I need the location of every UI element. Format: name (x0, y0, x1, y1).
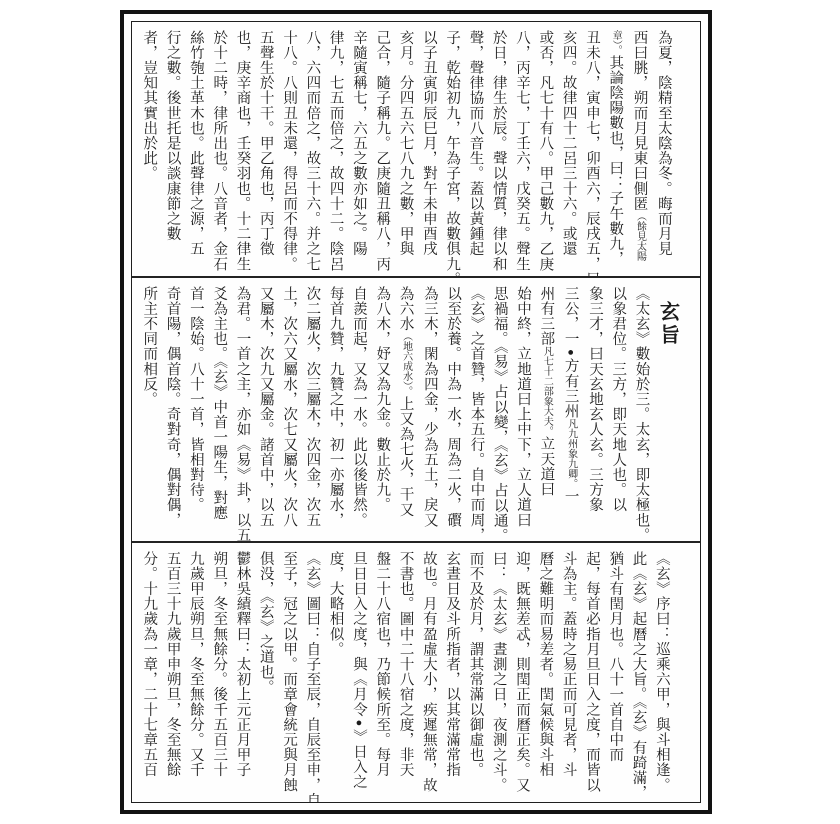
text-run: 土，次六又屬水，次七又屬火，次八 (281, 286, 297, 528)
text-column: 盤二十八宿也，乃節候所至。每月 (370, 551, 393, 797)
text-run: 五聲生於十干。甲乙角也，丙丁徵 (258, 30, 274, 257)
section-top: 為夏，陰精至太陰為冬。晦而月見西曰朓，朔而月見東曰側匿（餘見太陽章）。其論陰陽數… (132, 22, 700, 276)
text-column: 度，大略相似。 (323, 551, 346, 797)
text-column: 絲竹匏土革木也。此聲律之源，五 (184, 30, 207, 271)
text-run: 《玄》之首贊，皆本五行。自中而周， (468, 286, 484, 541)
text-column: 以象君位。三方，即天地人也。以 (606, 286, 629, 536)
text-run: 或否，凡七十有八。甲己數九，乙庚 (537, 30, 553, 272)
page-border-inner: 為夏，陰精至太陰為冬。晦而月見西曰朓，朔而月見東曰側匿（餘見太陽章）。其論陰陽數… (131, 21, 701, 803)
text-run: 於十二時，律所出也。八音者，金石 (211, 30, 227, 272)
text-run: 不書也。圖中二十八宿之度，非天 (398, 551, 414, 778)
text-run: 猶斗有閏月也。八十一首自中而 (607, 551, 623, 762)
middle-section-heading: 玄旨 (653, 286, 683, 536)
text-column: 亥月。分四五六七八九之數，甲與 (393, 30, 416, 271)
text-run: 三公，一 (563, 286, 579, 346)
text-run: 八，六四而倍之，故三十六。并之七 (304, 30, 320, 272)
text-run: 一 (563, 489, 579, 504)
text-run: 丑未八，寅申七，卯酉六，辰戌五，巳 (584, 30, 600, 276)
text-column: 至子，冠之以甲。而章會統元與月蝕 (277, 551, 300, 797)
text-column: 行之數。後世托是以談康節之數 (160, 30, 183, 271)
text-column: 奇首陽，偶首陰。奇對奇，偶對偶， (160, 286, 183, 536)
text-run: 斗為主。蓋時之易正而可見者，斗 (561, 551, 577, 778)
text-run: 自羨而起，又為一水。此以後皆然。 (351, 286, 367, 528)
text-run: 律九，七五而倍之，故四十二。陰呂 (328, 30, 344, 272)
text-run: 也，庚辛商也，壬癸羽也。十二律生 (234, 30, 250, 272)
text-column: 始中終，立地道曰上中下，立人道曰 (511, 286, 534, 536)
text-run: 》日入之 (351, 729, 367, 789)
text-column: 亥四。故律四十二呂三十六。或還 (556, 30, 579, 271)
text-run: 爻為主也。《玄》中首一陽生，對應 (211, 286, 227, 520)
text-column: 己合，隨子稱九。乙庚隨丑稱八，丙 (370, 30, 393, 271)
text-column: 次二屬火，次三屬木，次四金，次五 (300, 286, 323, 536)
text-column: 八，六四而倍之，故三十六。并之七 (300, 30, 323, 271)
text-run: 五百三十九歲甲申朔旦，冬至無餘 (165, 551, 181, 778)
text-run: 迎，既無差忒，則閏正而曆正矣。又 (514, 551, 530, 793)
text-run: 為夏，陰精至太陰為冬。晦而月見 (656, 30, 672, 257)
text-run: 曆之難明而易差者。閏氣候與斗相 (537, 551, 553, 778)
top-section-text: 為夏，陰精至太陰為冬。晦而月見西曰朓，朔而月見東曰側匿（餘見太陽章）。其論陰陽數… (132, 22, 695, 276)
text-column: 每首九贊，九贊之中，初一亦屬水， (323, 286, 346, 536)
text-column: 三公，一●方有三州凡九州象九卿。一 (558, 286, 582, 536)
text-column: 玄晝日及斗所指者，以其常滿常指 (440, 551, 463, 797)
text-column: 土，次六又屬水，次七又屬火，次八 (277, 286, 300, 536)
text-column: 朔旦，冬至無餘分。後千五百三十 (207, 551, 230, 797)
text-column: 所主不同而相反。 (137, 286, 160, 536)
text-run: 此《玄》起曆之大旨。《玄》有踦滿， (631, 551, 647, 800)
text-column: 猶斗有閏月也。八十一首自中而 (603, 551, 626, 797)
text-column: 或否，凡七十有八。甲己數九，乙庚 (533, 30, 556, 271)
text-column: 斗為主。蓋時之易正而可見者，斗 (556, 551, 579, 797)
bottom-section-text: 《玄》序曰：巡乘六甲，與斗相逢。此《玄》起曆之大旨。《玄》有踦滿，猶斗有閏月也。… (132, 543, 693, 802)
text-run: 以子丑寅卯辰巳月，對午未申酉戌 (421, 30, 437, 257)
text-column: 分。十九歲為一章，二十七章五百 (137, 551, 160, 797)
section-bottom: 《玄》序曰：巡乘六甲，與斗相逢。此《玄》起曆之大旨。《玄》有踦滿，猶斗有閏月也。… (132, 543, 700, 802)
text-run: 《太玄》數始於三。太玄，即太極也。 (634, 286, 650, 541)
text-run: 亥月。分四五六七八九之數，甲與 (398, 30, 414, 257)
text-run: 盤二十八宿也，乃節候所至。每月 (374, 551, 390, 778)
text-run: 己合，隨子稱九。乙庚隨丑稱八，丙 (374, 30, 390, 272)
text-column: 九歲甲辰朔旦，冬至無餘分。又千 (184, 551, 207, 797)
text-run: 州有三部 (538, 286, 554, 346)
text-run: 曰：《太玄》晝測之日，夜測之斗。 (491, 551, 507, 793)
text-column: 象三才，曰天玄地玄人玄。三方象 (583, 286, 606, 536)
text-run: 方有三州 (563, 358, 579, 418)
annotation-marker: ● (353, 717, 365, 729)
text-run: 思禍福。《易》占以變，《玄》占以通。 (492, 286, 508, 541)
middle-section-text: 玄旨《太玄》數始於三。太玄，即太極也。以象君位。三方，即天地人也。以象三才，曰天… (132, 278, 700, 541)
text-column: 律九，七五而倍之，故四十二。陰呂 (323, 30, 346, 271)
text-run: 於日，律生於辰。聲以情質，律以和 (491, 30, 507, 272)
text-column: 思禍福。《易》占以變，《玄》占以通。 (487, 286, 510, 536)
text-run: 玄晝日及斗所指者，以其常滿常指 (444, 551, 460, 778)
text-run: 為君。一首之主，亦如《易》卦，以五 (234, 286, 250, 541)
text-run: 至子，冠之以甲。而章會統元與月蝕 (281, 551, 297, 793)
text-column: 曰：《太玄》晝測之日，夜測之斗。 (486, 551, 509, 797)
text-column: 《太玄》數始於三。太玄，即太極也。 (629, 286, 652, 536)
text-run: 奇首陽，偶首陰。奇對奇，偶對偶， (165, 286, 181, 528)
text-column: 為夏，陰精至太陰為冬。晦而月見 (652, 30, 675, 271)
text-run: 首一陰始。八十一首，皆相對待。 (188, 286, 204, 513)
text-column: 迎，既無差忒，則閏正而曆正矣。又 (510, 551, 533, 797)
text-column: 為八木，妤又為九金。數止於九。 (370, 286, 393, 536)
text-run: 朔旦，冬至無餘分。後千五百三十 (211, 551, 227, 778)
text-run: 為三木，閑為四金，少為五土，戾又 (422, 286, 438, 528)
text-column: 《玄》圖曰：自子至辰，自辰至申，自申 (300, 551, 323, 797)
text-run: 《玄》序曰：巡乘六甲，與斗相逢。 (654, 551, 670, 793)
annotation-run: 凡九州象九卿。 (566, 419, 577, 489)
text-run: 行之數。後世托是以談康節之數 (165, 30, 181, 241)
text-run: 俱没，《玄》之道也。 (258, 551, 274, 695)
text-column: 起，每首必指月旦日入之度，而皆以 (580, 551, 603, 797)
text-column: 此《玄》起曆之大旨。《玄》有踦滿， (626, 551, 649, 797)
text-column: 聲，聲律協而八音生。蓋以黃鍾起 (463, 30, 486, 271)
text-run: 其論陰陽數也，曰：子午數九， (607, 55, 623, 266)
annotation-run: （地六成水）。 (401, 331, 412, 396)
text-run: 《玄》圖曰：自子至辰，自辰至申，自申 (304, 551, 320, 802)
text-column: 五聲生於十干。甲乙角也，丙丁徵 (253, 30, 276, 271)
annotation-run: 凡七十二部象大夫。 (541, 346, 552, 436)
text-column: 十八。八則丑未還，得呂而不得律。 (277, 30, 300, 271)
annotation-run: 章）。 (610, 30, 621, 55)
text-column: 為六水（地六成水）。上又為七火，干又 (393, 286, 417, 536)
section-middle: 玄旨《太玄》數始於三。太玄，即太極也。以象君位。三方，即天地人也。以象三才，曰天… (132, 278, 700, 541)
text-run: 西曰朓，朔而月見東曰側匿 (632, 30, 648, 211)
annotation-run: （餘見太陽 (635, 211, 646, 261)
text-column: 自羨而起，又為一水。此以後皆然。 (347, 286, 370, 536)
page-border-outer: 為夏，陰精至太陰為冬。晦而月見西曰朓，朔而月見東曰側匿（餘見太陽章）。其論陰陽數… (120, 10, 712, 814)
text-run: 辛隨寅稱七，六五之數亦如之。陽 (351, 30, 367, 257)
text-run: 故也。月有盈虛大小，疾遲無常，故 (421, 551, 437, 793)
text-column: 曆之難明而易差者。閏氣候與斗相 (533, 551, 556, 797)
text-run: 所主不同而相反。 (141, 286, 157, 407)
text-column: 故也。月有盈虛大小，疾遲無常，故 (417, 551, 440, 797)
text-column: 子，乾始初九，午為子宮，故數俱九。 (440, 30, 463, 271)
text-run: 旦日日入之度，與《月令 (351, 551, 367, 717)
text-column: 五百三十九歲甲申朔旦，冬至無餘 (160, 551, 183, 797)
text-run: 度，大略相似。 (328, 551, 344, 657)
text-run: 分。十九歲為一章，二十七章五百 (141, 551, 157, 778)
text-column: 章）。其論陰陽數也，曰：子午數九， (603, 30, 627, 271)
text-column: 爻為主也。《玄》中首一陽生，對應 (207, 286, 230, 536)
text-column: 州有三部凡七十二部象大夫。立天道曰 (534, 286, 558, 536)
text-column: 首一陰始。八十一首，皆相對待。 (184, 286, 207, 536)
text-run: 八，丙辛七，丁壬六，戊癸五。聲生 (514, 30, 530, 272)
text-column: 而不及於月，謂其常滿以御虛也。 (463, 551, 486, 797)
text-column: 《玄》之首贊，皆本五行。自中而周， (464, 286, 487, 536)
text-run: 起，每首必指月旦日入之度，而皆以 (584, 551, 600, 793)
annotation-marker: ● (565, 346, 577, 358)
text-run: 子，乾始初九，午為子宮，故數俱九。 (444, 30, 460, 276)
text-column: 俱没，《玄》之道也。 (253, 551, 276, 797)
text-run: 象三才，曰天玄地玄人玄。三方象 (587, 286, 603, 513)
text-run: 為八木，妤又為九金。數止於九。 (374, 286, 390, 513)
text-column: 於日，律生於辰。聲以情質，律以和 (486, 30, 509, 271)
text-run: 而不及於月，謂其常滿以御虛也。 (467, 551, 483, 778)
text-run: 絲竹匏土革木也。此聲律之源，五 (188, 30, 204, 257)
text-column: 西曰朓，朔而月見東曰側匿（餘見太陽 (627, 30, 651, 271)
text-column: 辛隨寅稱七，六五之數亦如之。陽 (347, 30, 370, 271)
text-column: 鬱林吳績釋曰：太初上元正月甲子 (230, 551, 253, 797)
text-run: 十八。八則丑未還，得呂而不得律。 (281, 30, 297, 272)
text-column: 八，丙辛七，丁壬六，戊癸五。聲生 (510, 30, 533, 271)
text-column: 不書也。圖中二十八宿之度，非天 (393, 551, 416, 797)
text-run: 亥四。故律四十二呂三十六。或還 (561, 30, 577, 257)
text-run: 聲，聲律協而八音生。蓋以黃鍾起 (467, 30, 483, 257)
text-column: 為君。一首之主，亦如《易》卦，以五 (230, 286, 253, 536)
text-column: 又屬木，次九又屬金。諸首中，以五 (253, 286, 276, 536)
text-run: 者，豈知其實出於此。 (141, 30, 157, 181)
text-run: 次二屬火，次三屬木，次四金，次五 (304, 286, 320, 528)
text-column: 以至於養。中為一水，周為二火，礥 (441, 286, 464, 536)
text-column: 者，豈知其實出於此。 (137, 30, 160, 271)
text-column: 於十二時，律所出也。八音者，金石 (207, 30, 230, 271)
text-run: 又屬木，次九又屬金。諸首中，以五 (258, 286, 274, 528)
text-column: 《玄》序曰：巡乘六甲，與斗相逢。 (650, 551, 673, 797)
text-column: 旦日日入之度，與《月令●》日入之 (347, 551, 370, 797)
text-run: 九歲甲辰朔旦，冬至無餘分。又千 (188, 551, 204, 778)
text-column: 丑未八，寅申七，卯酉六，辰戌五，巳 (580, 30, 603, 271)
text-run: 為六水 (398, 286, 414, 331)
text-run: 每首九贊，九贊之中，初一亦屬水， (328, 286, 344, 528)
text-run: 以至於養。中為一水，周為二火，礥 (445, 286, 461, 528)
text-run: 立天道曰 (538, 436, 554, 496)
text-run: 上又為七火，干又 (398, 396, 414, 517)
text-run: 以象君位。三方，即天地人也。以 (610, 286, 626, 513)
text-column: 也，庚辛商也，壬癸羽也。十二律生 (230, 30, 253, 271)
text-run: 鬱林吳績釋曰：太初上元正月甲子 (234, 551, 250, 778)
text-column: 為三木，閑為四金，少為五土，戾又 (418, 286, 441, 536)
text-run: 始中終，立地道曰上中下，立人道曰 (515, 286, 531, 528)
text-column: 以子丑寅卯辰巳月，對午未申酉戌 (417, 30, 440, 271)
